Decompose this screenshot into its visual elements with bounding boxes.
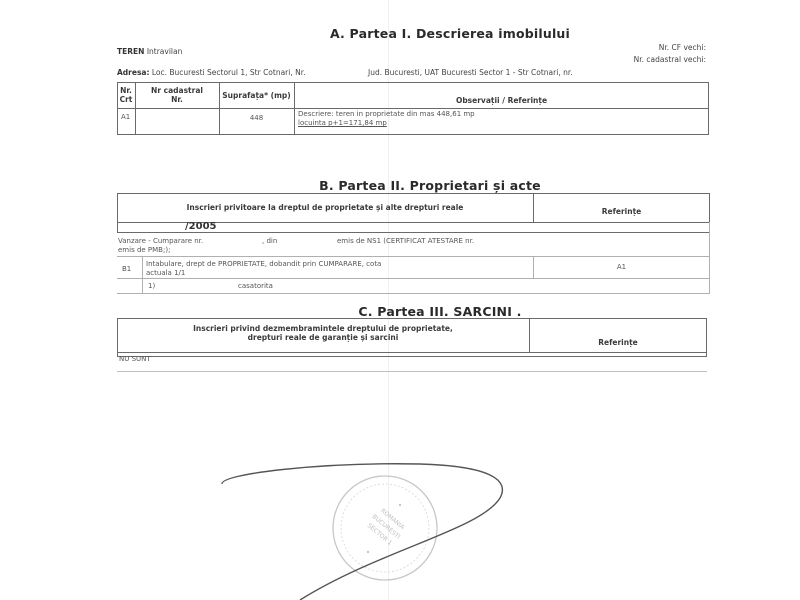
act-line1-b: , din	[262, 237, 277, 246]
act-line1-c: emis de NS1 (CERTIFICAT ATESTARE nr.	[337, 237, 474, 246]
header-nr-line1: Nr.	[117, 86, 135, 95]
header-area: Suprafața* (mp)	[219, 91, 294, 100]
header-nr-line2: Crt	[117, 95, 135, 104]
stamp-and-signature: ROMANIA BUCURESTI SECTOR 1	[180, 450, 580, 600]
act-line2: emis de PMB;);	[118, 246, 170, 255]
entry-line2: actuala 1/1	[146, 269, 185, 278]
part-a-title: A. Partea I. Descrierea imobilului	[300, 26, 600, 41]
part-c-header-ref: Referințe	[529, 338, 707, 347]
entry-id: B1	[122, 265, 131, 274]
address-label: Adresa:	[117, 68, 149, 77]
row-obs-line2: locuinta p+1=171,84 mp	[298, 119, 387, 128]
header-cad-line2: Nr.	[135, 95, 219, 104]
header-cad-line1: Nr cadastral	[135, 86, 219, 95]
land-type: TEREN Intravilan	[117, 47, 182, 56]
part-c-header-line2: drepturi reale de garanție și sarcini	[117, 333, 529, 342]
act-number: /2005	[185, 221, 216, 232]
header-nr-crt: Nr. Crt	[117, 86, 135, 104]
row-obs-line1: Descriere: teren in proprietate din mas …	[298, 110, 475, 119]
land-type-bold: TEREN	[117, 47, 144, 56]
header-cadastral: Nr cadastral Nr.	[135, 86, 219, 104]
owner-index: 1)	[148, 282, 155, 291]
part-c-header-main: Inscrieri privind dezmembramintele drept…	[117, 324, 529, 342]
row-area: 448	[219, 114, 294, 123]
entry-ref: A1	[533, 263, 710, 272]
entry-line1: Intabulare, drept de PROPRIETATE, doband…	[146, 260, 381, 269]
owner-status: casatorita	[238, 282, 273, 291]
header-observations: Observații / Referințe	[294, 96, 709, 105]
address-right: Jud. Bucuresti, UAT Bucuresti Sector 1 -…	[368, 68, 573, 77]
cf-old-label: Nr. CF vechi:	[659, 43, 706, 52]
cadastral-old-label: Nr. cadastral vechi:	[634, 55, 706, 64]
part-c-value: NU SUNT	[119, 355, 151, 364]
land-type-value: Intravilan	[147, 47, 183, 56]
part-c-title: C. Partea III. SARCINI .	[280, 304, 600, 319]
address-line: Adresa: Loc. Bucuresti Sectorul 1, Str C…	[117, 68, 306, 77]
row-nr: A1	[121, 113, 130, 122]
part-c-header-line1: Inscrieri privind dezmembramintele drept…	[117, 324, 529, 333]
act-line1-a: Vanzare - Cumparare nr.	[118, 237, 203, 246]
part-b-header-ref: Referințe	[533, 207, 710, 216]
signature-icon	[222, 464, 502, 600]
part-b-title: B. Partea II. Proprietari și acte	[280, 178, 580, 193]
part-b-header-main: Inscrieri privitoare la dreptul de propr…	[117, 203, 533, 212]
stamp-icon: ROMANIA BUCURESTI SECTOR 1	[333, 476, 437, 580]
address-left: Loc. Bucuresti Sectorul 1, Str Cotnari, …	[152, 68, 306, 77]
